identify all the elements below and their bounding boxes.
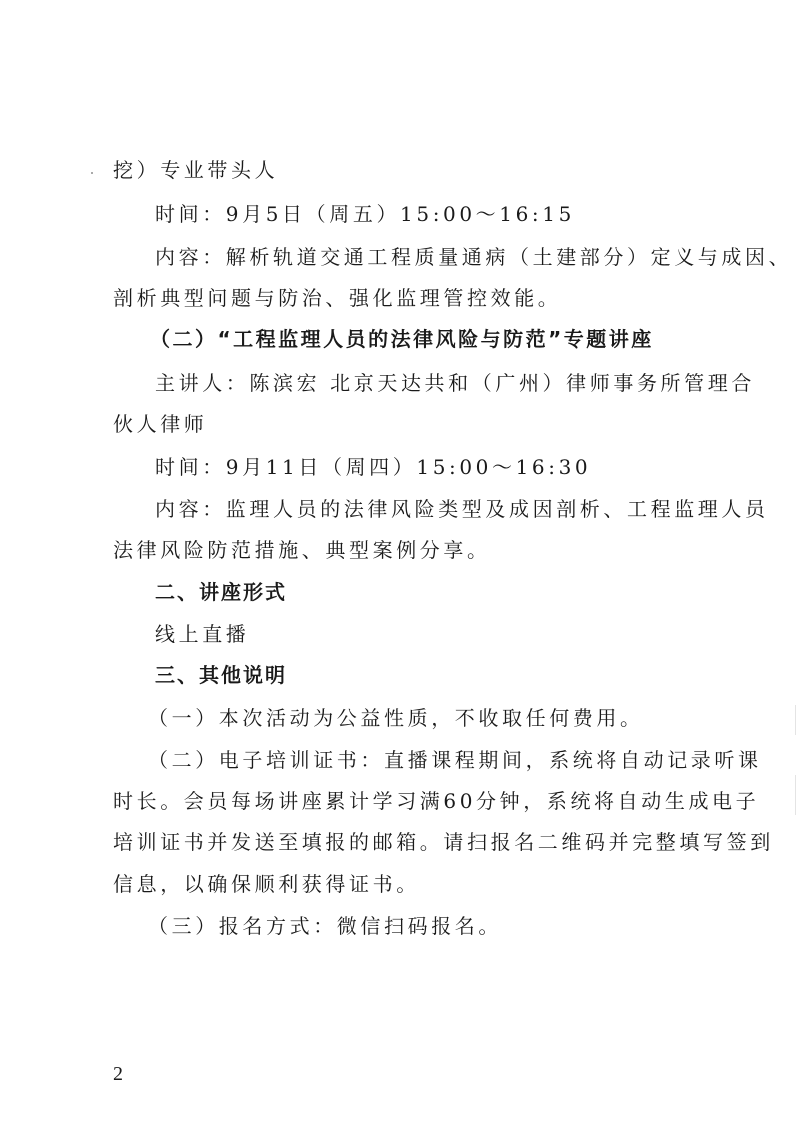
- format-text: 线上直播: [155, 622, 249, 646]
- scan-edge-mark: [795, 705, 796, 735]
- lecture2-content-cont: 法律风险防范措施、典型案例分享。: [113, 538, 491, 562]
- speaker-title-continuation: 挖）专业带头人: [113, 158, 278, 182]
- lecture1-content-cont: 剖析典型问题与防治、强化监理管控效能。: [113, 286, 561, 310]
- note-2-cont2: 培训证书并发送至填报的邮箱。请扫报名二维码并完整填写签到: [113, 830, 774, 854]
- note-2: （二）电子培训证书：直播课程期间，系统将自动记录听课: [148, 748, 762, 772]
- lecture1-time: 时间：9月5日（周五）15:00～16:15: [155, 202, 575, 226]
- section-heading-notes: 三、其他说明: [155, 663, 287, 687]
- note-2-cont3: 信息，以确保顺利获得证书。: [113, 872, 420, 896]
- lecture2-time: 时间：9月11日（周四）15:00～16:30: [155, 455, 591, 479]
- page-number: 2: [113, 1063, 123, 1086]
- lecture2-heading: （二）“工程监理人员的法律风险与防范”专题讲座: [150, 327, 654, 351]
- note-2-cont1: 时长。会员每场讲座累计学习满60分钟，系统将自动生成电子: [113, 789, 759, 813]
- lecture2-speaker: 主讲人：陈滨宏 北京天达共和（广州）律师事务所管理合: [155, 371, 755, 395]
- section-heading-format: 二、讲座形式: [155, 580, 287, 604]
- document-page: 挖）专业带头人 时间：9月5日（周五）15:00～16:15 内容：解析轨道交通…: [0, 0, 800, 1131]
- note-1: （一）本次活动为公益性质，不收取任何费用。: [148, 706, 644, 730]
- lecture2-content: 内容：监理人员的法律风险类型及成因剖析、工程监理人员: [155, 497, 769, 521]
- scan-edge-mark: [795, 775, 796, 815]
- lecture1-content: 内容：解析轨道交通工程质量通病（土建部分）定义与成因、: [155, 245, 792, 269]
- scan-speck: [91, 172, 93, 174]
- lecture2-speaker-cont: 伙人律师: [113, 412, 207, 436]
- note-3: （三）报名方式：微信扫码报名。: [148, 914, 502, 938]
